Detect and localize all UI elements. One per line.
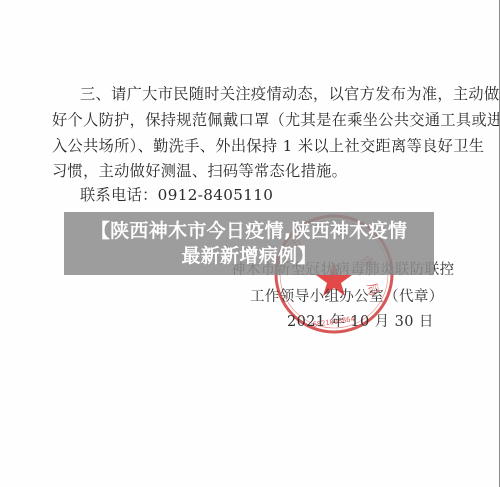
issue-date: 2021 年 10 月 30 日 <box>287 313 434 331</box>
banner-title-line-1: 【陕西神木市今日疫情,陕西神木疫情 <box>91 219 407 244</box>
banner-title-line-2: 最新新增病例】 <box>181 244 316 269</box>
issuing-org-line-2: 工作领导小组办公室（代章） <box>250 288 444 306</box>
title-overlay-banner: 【陕西神木市今日疫情,陕西神木疫情 最新新增病例】 <box>64 212 434 275</box>
paragraph-line-1: 三、请广大市民随时关注疫情动态，以官方发布为准，主动做 <box>80 85 500 103</box>
paragraph-line-2: 好个人防护，保持规范佩戴口罩（尤其是在乘坐公共交通工具或进 <box>52 111 500 129</box>
document-page: 三、请广大市民随时关注疫情动态，以官方发布为准，主动做 好个人防护，保持规范佩戴… <box>0 0 500 487</box>
paragraph-line-3: 入公共场所）、勤洗手、外出保持 1 米以上社交距离等良好卫生 <box>52 137 484 155</box>
paragraph-line-4: 习惯，主动做好测温、扫码等常态化措施。 <box>52 162 347 180</box>
contact-phone-line: 联系电话：0912-8405110 <box>80 186 273 204</box>
